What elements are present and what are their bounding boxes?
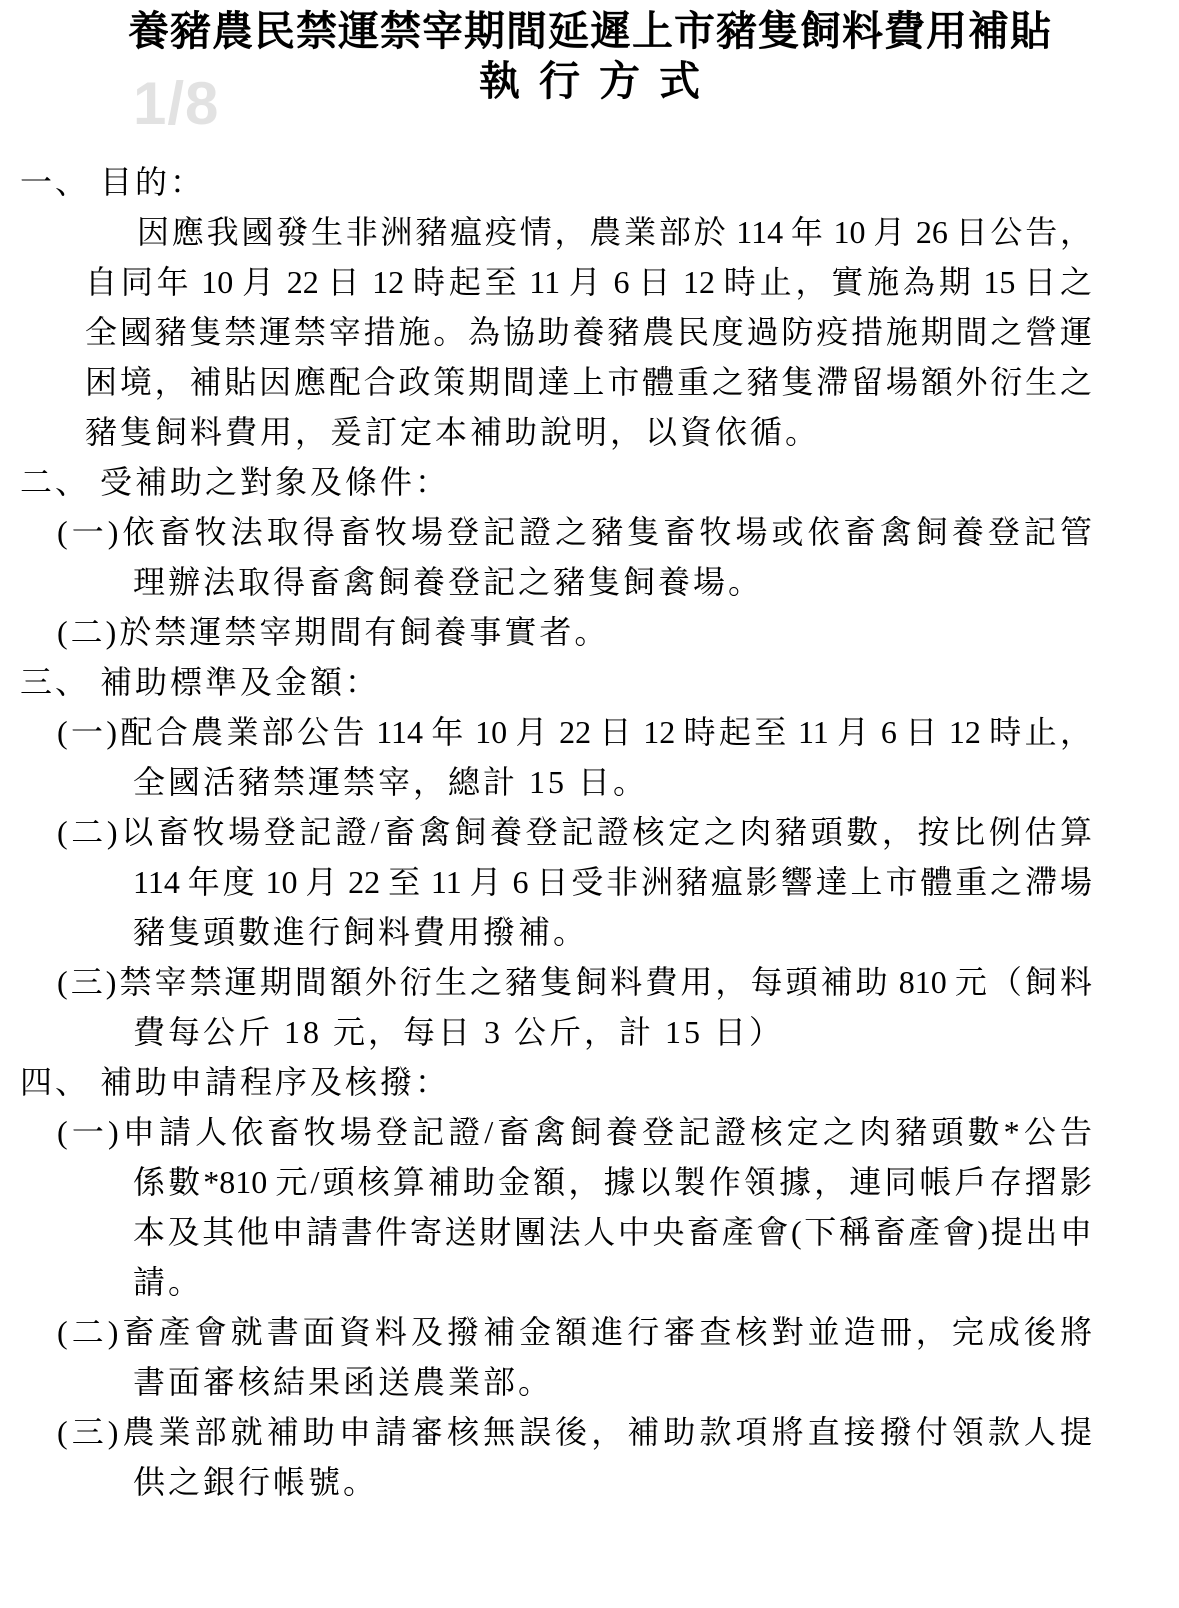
document-body: 一、 目的： 因應我國發生非洲豬瘟疫情，農業部於 114 年 10 月 26 日…	[20, 157, 1092, 1507]
section-number: 三、	[20, 657, 90, 707]
doc-line-standard-1a: (一)配合農業部公告 114 年 10 月 22 日 12 時起至 11 月 6…	[20, 707, 1092, 757]
doc-line-target-2: (二)於禁運禁宰期間有飼養事實者。	[20, 607, 1092, 657]
doc-line-standard-1b: 全國活豬禁運禁宰，總計 15 日。	[20, 757, 1092, 807]
section-title: 受補助之對象及條件：	[100, 457, 450, 507]
section-heading-3: 三、 補助標準及金額：	[20, 657, 1092, 707]
document-title-line2: 執行方式	[0, 56, 1179, 106]
section-number: 二、	[20, 457, 90, 507]
doc-line-apply-2a: (二)畜產會就書面資料及撥補金額進行審查核對並造冊，完成後將	[20, 1307, 1092, 1357]
section-heading-2: 二、 受補助之對象及條件：	[20, 457, 1092, 507]
doc-line-purpose-4: 困境，補貼因應配合政策期間達上市體重之豬隻滯留場額外衍生之	[20, 357, 1092, 407]
doc-line-standard-2b: 114 年度 10 月 22 至 11 月 6 日受非洲豬瘟影響達上市體重之滯場	[20, 857, 1092, 907]
doc-line-standard-2c: 豬隻頭數進行飼料費用撥補。	[20, 907, 1092, 957]
doc-line-target-1a: (一)依畜牧法取得畜牧場登記證之豬隻畜牧場或依畜禽飼養登記管	[20, 507, 1092, 557]
doc-line-apply-1d: 請。	[20, 1257, 1092, 1307]
section-number: 一、	[20, 157, 90, 207]
doc-line-purpose-1: 因應我國發生非洲豬瘟疫情，農業部於 114 年 10 月 26 日公告，	[20, 207, 1092, 257]
doc-line-apply-1c: 本及其他申請書件寄送財團法人中央畜產會(下稱畜產會)提出申	[20, 1207, 1092, 1257]
doc-line-standard-2a: (二)以畜牧場登記證/畜禽飼養登記證核定之肉豬頭數，按比例估算	[20, 807, 1092, 857]
doc-line-standard-3b: 費每公斤 18 元，每日 3 公斤，計 15 日）	[20, 1007, 1092, 1057]
document-page: 1/8 養豬農民禁運禁宰期間延遲上市豬隻飼料費用補貼 執行方式 一、 目的： 因…	[0, 0, 1179, 1608]
section-title: 補助申請程序及核撥：	[100, 1057, 450, 1107]
doc-line-purpose-5: 豬隻飼料費用，爰訂定本補助說明，以資依循。	[20, 407, 1092, 457]
doc-line-apply-1a: (一)申請人依畜牧場登記證/畜禽飼養登記證核定之肉豬頭數*公告	[20, 1107, 1092, 1157]
section-number: 四、	[20, 1057, 90, 1107]
section-heading-1: 一、 目的：	[20, 157, 1092, 207]
doc-line-purpose-3: 全國豬隻禁運禁宰措施。為協助養豬農民度過防疫措施期間之營運	[20, 307, 1092, 357]
doc-line-apply-3b: 供之銀行帳號。	[20, 1457, 1092, 1507]
doc-line-target-1b: 理辦法取得畜禽飼養登記之豬隻飼養場。	[20, 557, 1092, 607]
doc-line-apply-2b: 書面審核結果函送農業部。	[20, 1357, 1092, 1407]
doc-line-apply-1b: 係數*810 元/頭核算補助金額，據以製作領據，連同帳戶存摺影	[20, 1157, 1092, 1207]
section-title: 目的：	[100, 157, 205, 207]
doc-line-apply-3a: (三)農業部就補助申請審核無誤後，補助款項將直接撥付領款人提	[20, 1407, 1092, 1457]
section-title: 補助標準及金額：	[100, 657, 380, 707]
section-heading-4: 四、 補助申請程序及核撥：	[20, 1057, 1092, 1107]
doc-line-standard-3a: (三)禁宰禁運期間額外衍生之豬隻飼料費用，每頭補助 810 元（飼料	[20, 957, 1092, 1007]
document-title-line1: 養豬農民禁運禁宰期間延遲上市豬隻飼料費用補貼	[0, 0, 1179, 56]
doc-line-purpose-2: 自同年 10 月 22 日 12 時起至 11 月 6 日 12 時止，實施為期…	[20, 257, 1092, 307]
